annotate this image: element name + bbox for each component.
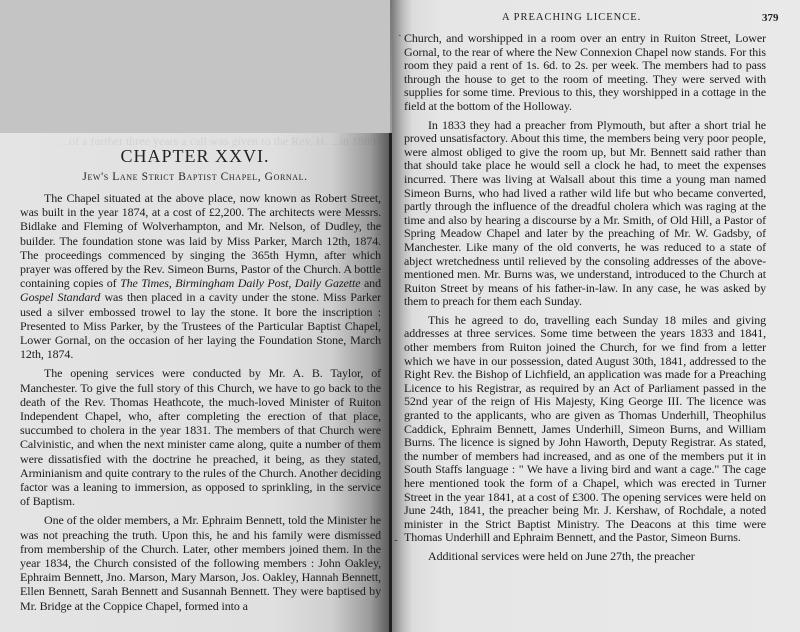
paragraph-ruiton-room: Church, and worshipped in a room over an… xyxy=(404,32,766,114)
paragraph-additional-services: Additional services were held on June 27… xyxy=(404,550,766,564)
right-page: A PREACHING LICENCE. 379 · - Church, and… xyxy=(392,0,800,632)
paragraph-opening-services: The opening services were conducted by M… xyxy=(20,366,381,508)
paragraph-1833-preacher: In 1833 they had a preacher from Plymout… xyxy=(404,119,766,309)
scanner-background xyxy=(0,0,392,133)
gospel-standard-title: Gospel Standard xyxy=(20,290,100,304)
margin-mark-top: · xyxy=(398,30,402,42)
chapter-title: CHAPTER XXVI. xyxy=(0,146,390,167)
running-head: A PREACHING LICENCE. xyxy=(502,12,641,23)
left-page: ...of a further three years a call was g… xyxy=(0,133,390,632)
chapter-subtitle: Jew's Lane Strict Baptist Chapel, Gornal… xyxy=(0,171,390,183)
page-number: 379 xyxy=(762,12,779,24)
paragraph-foundation: The Chapel situated at the above place, … xyxy=(20,191,381,361)
left-page-body: The Chapel situated at the above place, … xyxy=(20,191,381,618)
paragraph-older-members: One of the older members, a Mr. Ephraim … xyxy=(20,513,381,612)
margin-mark-bottom: - xyxy=(394,534,398,546)
newspaper-titles: The Times, Birmingham Daily Post, Daily … xyxy=(120,276,360,290)
right-page-body: Church, and worshipped in a room over an… xyxy=(404,32,766,569)
paragraph-preaching-licence: This he agreed to do, travelling each Su… xyxy=(404,314,766,545)
